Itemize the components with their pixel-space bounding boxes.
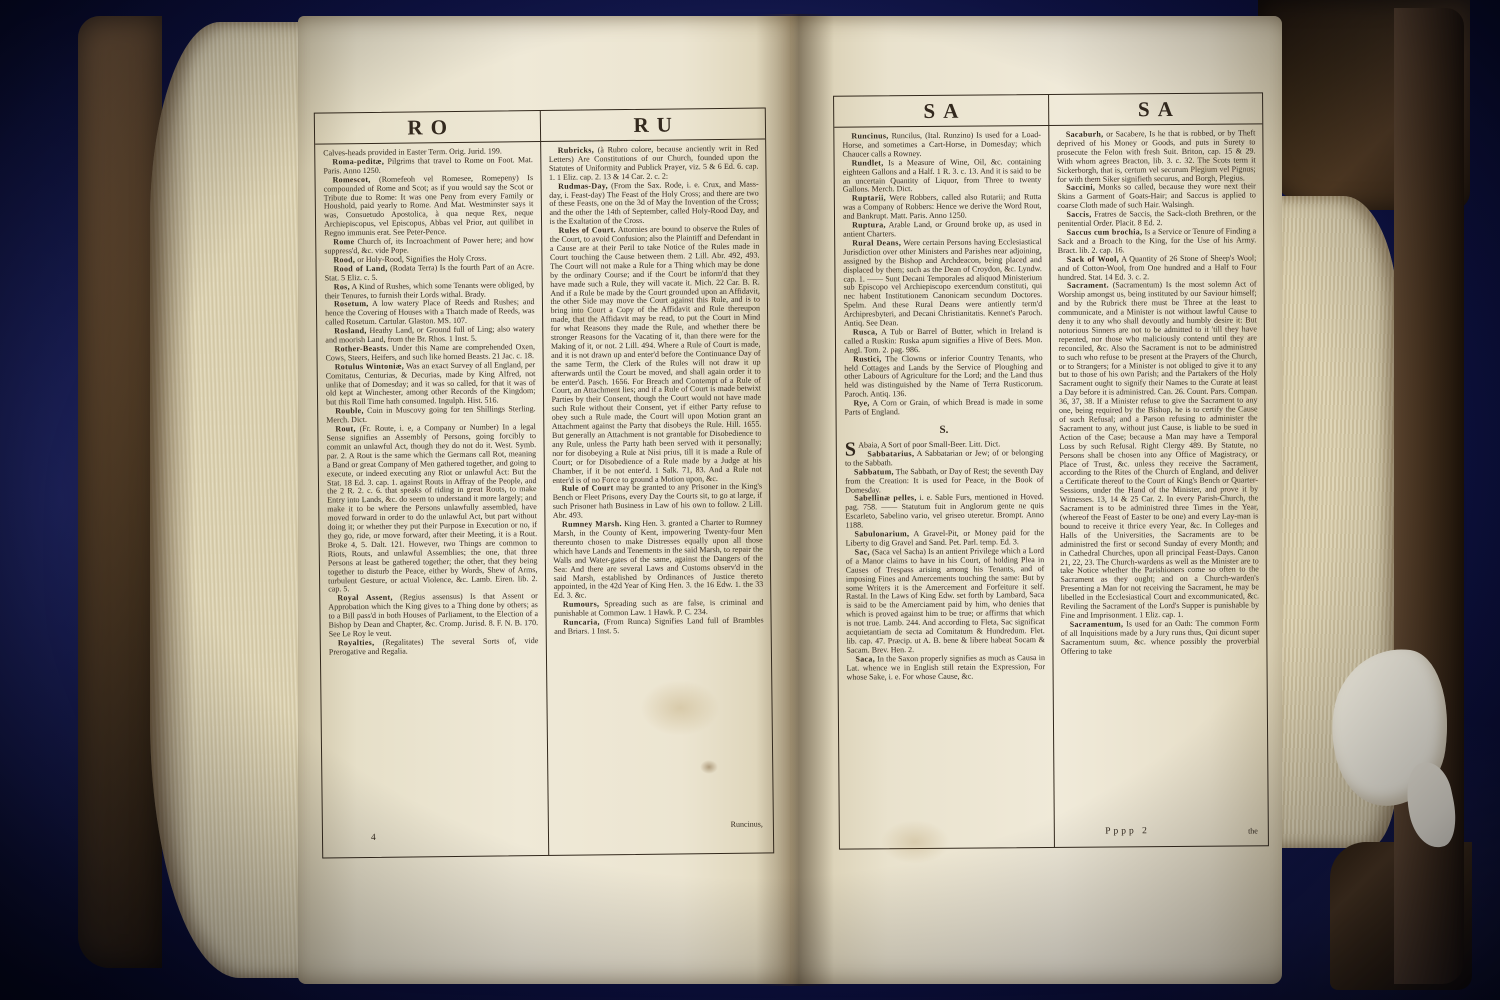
dictionary-entry: Rubricks, (à Rubro colore, because ancie… bbox=[549, 145, 759, 183]
entry-headword: Sabulonarium, bbox=[854, 529, 909, 538]
entry-headword: Runcaria, bbox=[563, 617, 600, 626]
dictionary-entry: Royal Assent, (Regius assensus) Is that … bbox=[328, 592, 538, 639]
entry-headword: Rosetum, bbox=[334, 299, 369, 308]
entry-headword: Royalties, bbox=[338, 638, 375, 647]
left-page-text-block: RO RU Calves-heads provided in Easter Te… bbox=[314, 107, 774, 858]
dictionary-entry: Saccus cum brochia, Is a Service or Tenu… bbox=[1058, 227, 1257, 255]
dictionary-entry: Rundlet, Is a Measure of Wine, Oil, &c. … bbox=[843, 158, 1042, 195]
entry-headword: Rout, bbox=[335, 424, 355, 433]
entry-headword: Rudmas-Day, bbox=[558, 181, 608, 191]
entry-headword: Roma-peditæ, bbox=[332, 157, 384, 167]
dictionary-entry: Rumney Marsh. King Hen. 3. granted a Cha… bbox=[553, 519, 763, 602]
page-number: 4 bbox=[371, 833, 376, 843]
right-page-column-1: Runcinus, Runcilus, (Ital. Runzino) Is u… bbox=[834, 126, 1054, 849]
dictionary-entry: Rural Deans, Were certain Persons having… bbox=[843, 238, 1042, 329]
dictionary-entry: Sacrament. (Sacramentum) Is the most sol… bbox=[1058, 281, 1259, 621]
entry-headword: Sabbatarius, bbox=[867, 449, 914, 458]
entry-headword: Royal Assent, bbox=[337, 593, 393, 603]
entry-headword: Rubricks, bbox=[558, 145, 594, 154]
catchword: the bbox=[1248, 826, 1258, 835]
right-page-running-heads: SA SA bbox=[834, 93, 1262, 127]
dictionary-entry: Sac, (Saca vel Sacha) Is an antient Priv… bbox=[846, 547, 1045, 655]
left-page-columns: Calves-heads provided in Easter Term. Or… bbox=[315, 139, 773, 857]
entry-headword: Rules of Court. bbox=[559, 225, 616, 235]
right-page-columns: Runcinus, Runcilus, (Ital. Runzino) Is u… bbox=[834, 124, 1268, 848]
entry-headword: Rumours, bbox=[563, 600, 600, 609]
dictionary-entry: Runcinus, Runcilus, (Ital. Runzino) Is u… bbox=[842, 131, 1041, 159]
dictionary-entry: Sabellinæ pelles, i. e. Sable Furs, ment… bbox=[845, 493, 1044, 530]
entry-headword: Rome bbox=[333, 237, 354, 246]
dictionary-entry: Rotulus Wintoniæ, Was an exact Survey of… bbox=[326, 361, 536, 408]
catchword: Runcinus, bbox=[731, 820, 763, 829]
entry-headword: Romescot, bbox=[332, 175, 370, 184]
entry-headword: Rother-Beasts. bbox=[334, 344, 388, 354]
entry-headword: Runcinus, bbox=[851, 131, 888, 140]
running-head-sa-1: SA bbox=[834, 95, 1049, 127]
running-head-ru: RU bbox=[540, 108, 765, 141]
left-page-running-heads: RO RU bbox=[315, 108, 765, 144]
signature-mark: Pppp 2 bbox=[1105, 826, 1150, 836]
dictionary-entry: Sack of Wool, A Quantity of 26 Stone of … bbox=[1058, 254, 1257, 282]
dictionary-entry: Royalties, (Regalitates) The several Sor… bbox=[329, 637, 539, 657]
dictionary-entry: Rosetum, A low watery Place of Reeds and… bbox=[325, 299, 535, 328]
entry-headword: Rumney Marsh. bbox=[562, 519, 622, 529]
entry-headword: Ros, bbox=[334, 282, 350, 291]
dictionary-entry: Rule of Court may be granted to any Pris… bbox=[553, 483, 763, 521]
entry-headword: Rule of Court bbox=[562, 484, 614, 494]
dictionary-entry: Rout, (Fr. Route, i. e, a Company or Num… bbox=[326, 423, 537, 595]
entry-headword: S bbox=[845, 442, 859, 459]
entry-headword: Rotulus Wintoniæ, bbox=[335, 361, 405, 371]
entry-headword: Sack of Wool, bbox=[1067, 254, 1119, 263]
section-letter-heading: S. bbox=[845, 423, 1044, 437]
entry-headword: Saccus cum brochia, bbox=[1067, 227, 1143, 237]
page-edges-left bbox=[150, 22, 312, 978]
entry-headword: Sabellinæ pelles, bbox=[854, 493, 916, 502]
dictionary-entry: Rudmas-Day, (From the Sax. Rode, i. e. C… bbox=[549, 180, 759, 227]
dictionary-entry: Ruptarii, Were Robbers, called also Ruta… bbox=[843, 193, 1042, 221]
right-page-column-2: Sacaburh, or Sacabere, Is he that is rob… bbox=[1049, 124, 1268, 847]
left-page-column-2: Rubricks, (à Rubro colore, because ancie… bbox=[541, 139, 774, 855]
entry-headword: Saca, bbox=[855, 654, 875, 663]
dictionary-entry: Rules of Court. Attornies are bound to o… bbox=[550, 225, 762, 486]
entry-headword: Rood of Land, bbox=[334, 264, 388, 274]
dictionary-entry: Romescot, (Romefeoh vel Romesee, Romepen… bbox=[324, 174, 534, 239]
entry-headword: Rosland, bbox=[334, 326, 367, 335]
entry-headword: Ruptura, bbox=[852, 220, 886, 229]
entry-headword: Sabbatum, bbox=[854, 467, 894, 476]
entry-headword: Sacrament. bbox=[1067, 281, 1109, 290]
running-head-sa-2: SA bbox=[1049, 93, 1263, 125]
entry-headword: Rustici, bbox=[853, 354, 881, 363]
entry-headword: Saccini, bbox=[1066, 183, 1095, 192]
dictionary-entry: Sabbatum, The Sabbath, or Day of Rest; t… bbox=[845, 467, 1044, 495]
photograph-background: RO RU Calves-heads provided in Easter Te… bbox=[0, 0, 1500, 1000]
dictionary-entry: Rusca, A Tub or Barrel of Butter, which … bbox=[844, 327, 1043, 355]
entry-headword: Rood, bbox=[333, 255, 355, 264]
dictionary-entry: Runcaria, (From Runca) Signifies Land fu… bbox=[554, 617, 764, 637]
dictionary-entry: Sacramentum, Is used for an Oath: The co… bbox=[1061, 619, 1260, 656]
running-head-ro: RO bbox=[315, 111, 541, 144]
entry-headword: Sacaburh, bbox=[1066, 130, 1104, 139]
entry-headword: Rural Deans, bbox=[852, 238, 901, 247]
entry-headword: Rusca, bbox=[853, 327, 878, 336]
entry-headword: Rouble, bbox=[335, 406, 364, 415]
entry-headword: Ruptarii, bbox=[852, 194, 886, 203]
entry-headword: Rundlet, bbox=[852, 158, 884, 167]
dictionary-entry: Sacaburh, or Sacabere, Is he that is rob… bbox=[1057, 129, 1256, 184]
entry-headword: Saccis, bbox=[1066, 210, 1091, 219]
left-page-column-1: Calves-heads provided in Easter Term. Or… bbox=[315, 142, 549, 858]
dictionary-entry: Saccini, Monks so called, because they w… bbox=[1057, 183, 1256, 211]
entry-headword: Sacramentum, bbox=[1070, 619, 1124, 628]
right-page-text-block: SA SA Runcinus, Runcilus, (Ital. Runzino… bbox=[833, 92, 1269, 849]
entry-headword: Rye, bbox=[853, 399, 869, 408]
dictionary-entry: Rustici, The Clowns or inferior Country … bbox=[844, 354, 1043, 400]
dictionary-entry: Rye, A Corn or Grain, of which Bread is … bbox=[844, 398, 1043, 417]
dictionary-entry: Saca, In the Saxon properly signifies as… bbox=[846, 654, 1045, 682]
entry-headword: Sac, bbox=[855, 547, 870, 556]
